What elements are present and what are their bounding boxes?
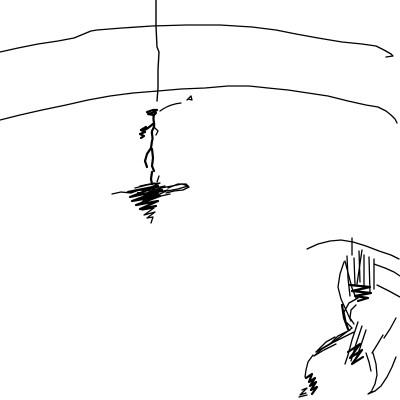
- br-curve-b: [372, 353, 377, 390]
- small-curve-dash: [160, 103, 181, 111]
- sketch-svg: [0, 0, 400, 400]
- scribble-top-tick: [157, 176, 159, 182]
- plumb-line: [156, 0, 159, 101]
- figure-leg-right: [152, 149, 154, 171]
- figure-hand-scribble: [140, 127, 146, 138]
- figure-torso: [151, 115, 154, 148]
- br-curve-up: [372, 335, 383, 353]
- tiny-mark: [187, 96, 192, 100]
- br-curve-a: [366, 353, 371, 371]
- br-spike-2: [354, 258, 355, 285]
- br-foot-tick2: [368, 391, 375, 394]
- br-hatch-blob: [350, 285, 371, 301]
- br-diag-line-2: [377, 285, 400, 297]
- figure-leg-left: [145, 148, 151, 167]
- br-foot-scribble: [306, 374, 317, 394]
- bottom-arc: [0, 86, 397, 123]
- figure-arm-right: [154, 127, 158, 135]
- br-upper-right-line: [384, 318, 396, 338]
- figure-lower-dash: [151, 172, 152, 184]
- br-curve-c: [375, 357, 396, 391]
- figure-head-scribble: [147, 110, 157, 115]
- br-foot-toes: [300, 388, 307, 395]
- br-top-curve: [307, 240, 399, 259]
- paint-canvas[interactable]: [0, 0, 400, 400]
- top-arc: [0, 25, 393, 57]
- br-diag-line-1: [374, 264, 400, 276]
